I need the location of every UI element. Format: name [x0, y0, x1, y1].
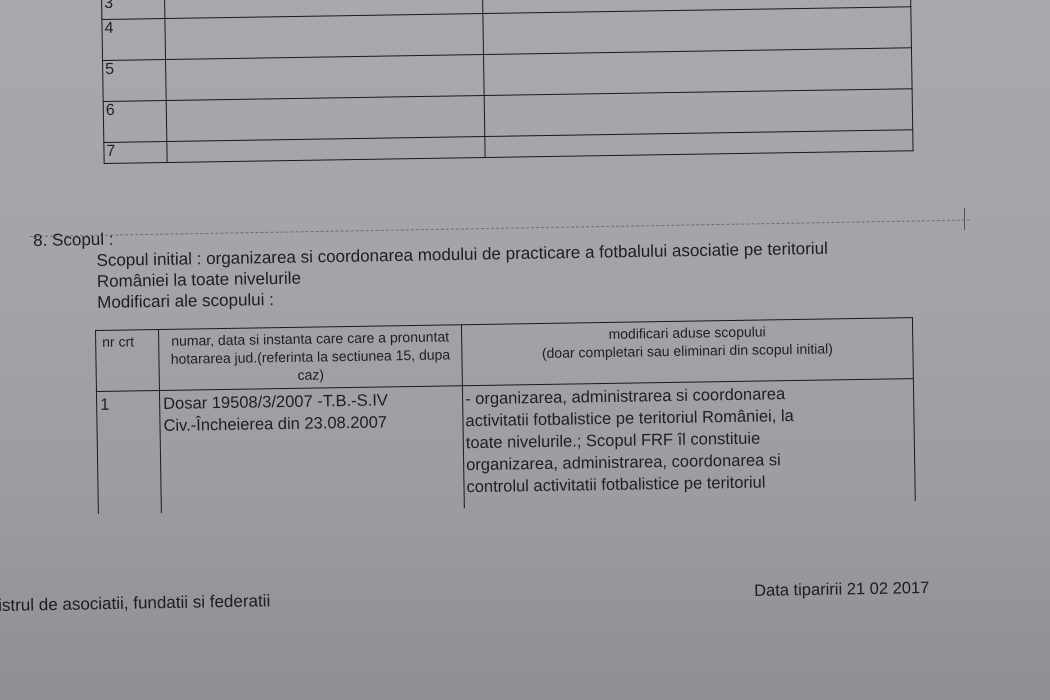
row-number: 7: [104, 141, 167, 163]
row-number: 1: [96, 390, 161, 513]
table-cell: [165, 54, 484, 100]
table-cell: [484, 89, 912, 137]
footer-print-date: Data tiparirii 21 02 2017: [754, 579, 930, 601]
margin-mark: [964, 208, 965, 230]
changes-cell: - organizarea, administrarea si coordona…: [462, 379, 915, 509]
table-cell: [165, 14, 484, 60]
table-cell: [484, 48, 912, 96]
row-number: 6: [103, 100, 166, 142]
table-cell: [483, 7, 911, 55]
table-cell: [166, 95, 485, 141]
row-number: 4: [102, 19, 165, 61]
decision-line: Civ.-Încheierea din 23.08.2007: [163, 410, 459, 437]
section-scope: 8. Scopul : Scopul initial : organizarea…: [33, 217, 829, 314]
header-nr: nr crt: [96, 330, 160, 392]
members-table: 3 4 5 6 7: [101, 0, 914, 164]
header-changes: modificari aduse scopului (doar completa…: [461, 318, 913, 386]
row-number: 5: [103, 59, 166, 101]
scope-modifications-table: nr crt numar, data si instanta care care…: [95, 317, 916, 514]
document-page: 3 4 5 6 7: [0, 0, 1050, 700]
decision-cell: Dosar 19508/3/2007 -T.B.-S.IV Civ.-Înche…: [159, 386, 464, 513]
table-row: 1 Dosar 19508/3/2007 -T.B.-S.IV Civ.-Înc…: [96, 379, 915, 514]
row-number: 3: [102, 0, 165, 19]
footer-registry-name: istrul de asociatii, fundatii si federat…: [0, 591, 270, 616]
table-cell: [167, 136, 486, 162]
header-decision: numar, data si instanta care care a pron…: [159, 325, 463, 391]
